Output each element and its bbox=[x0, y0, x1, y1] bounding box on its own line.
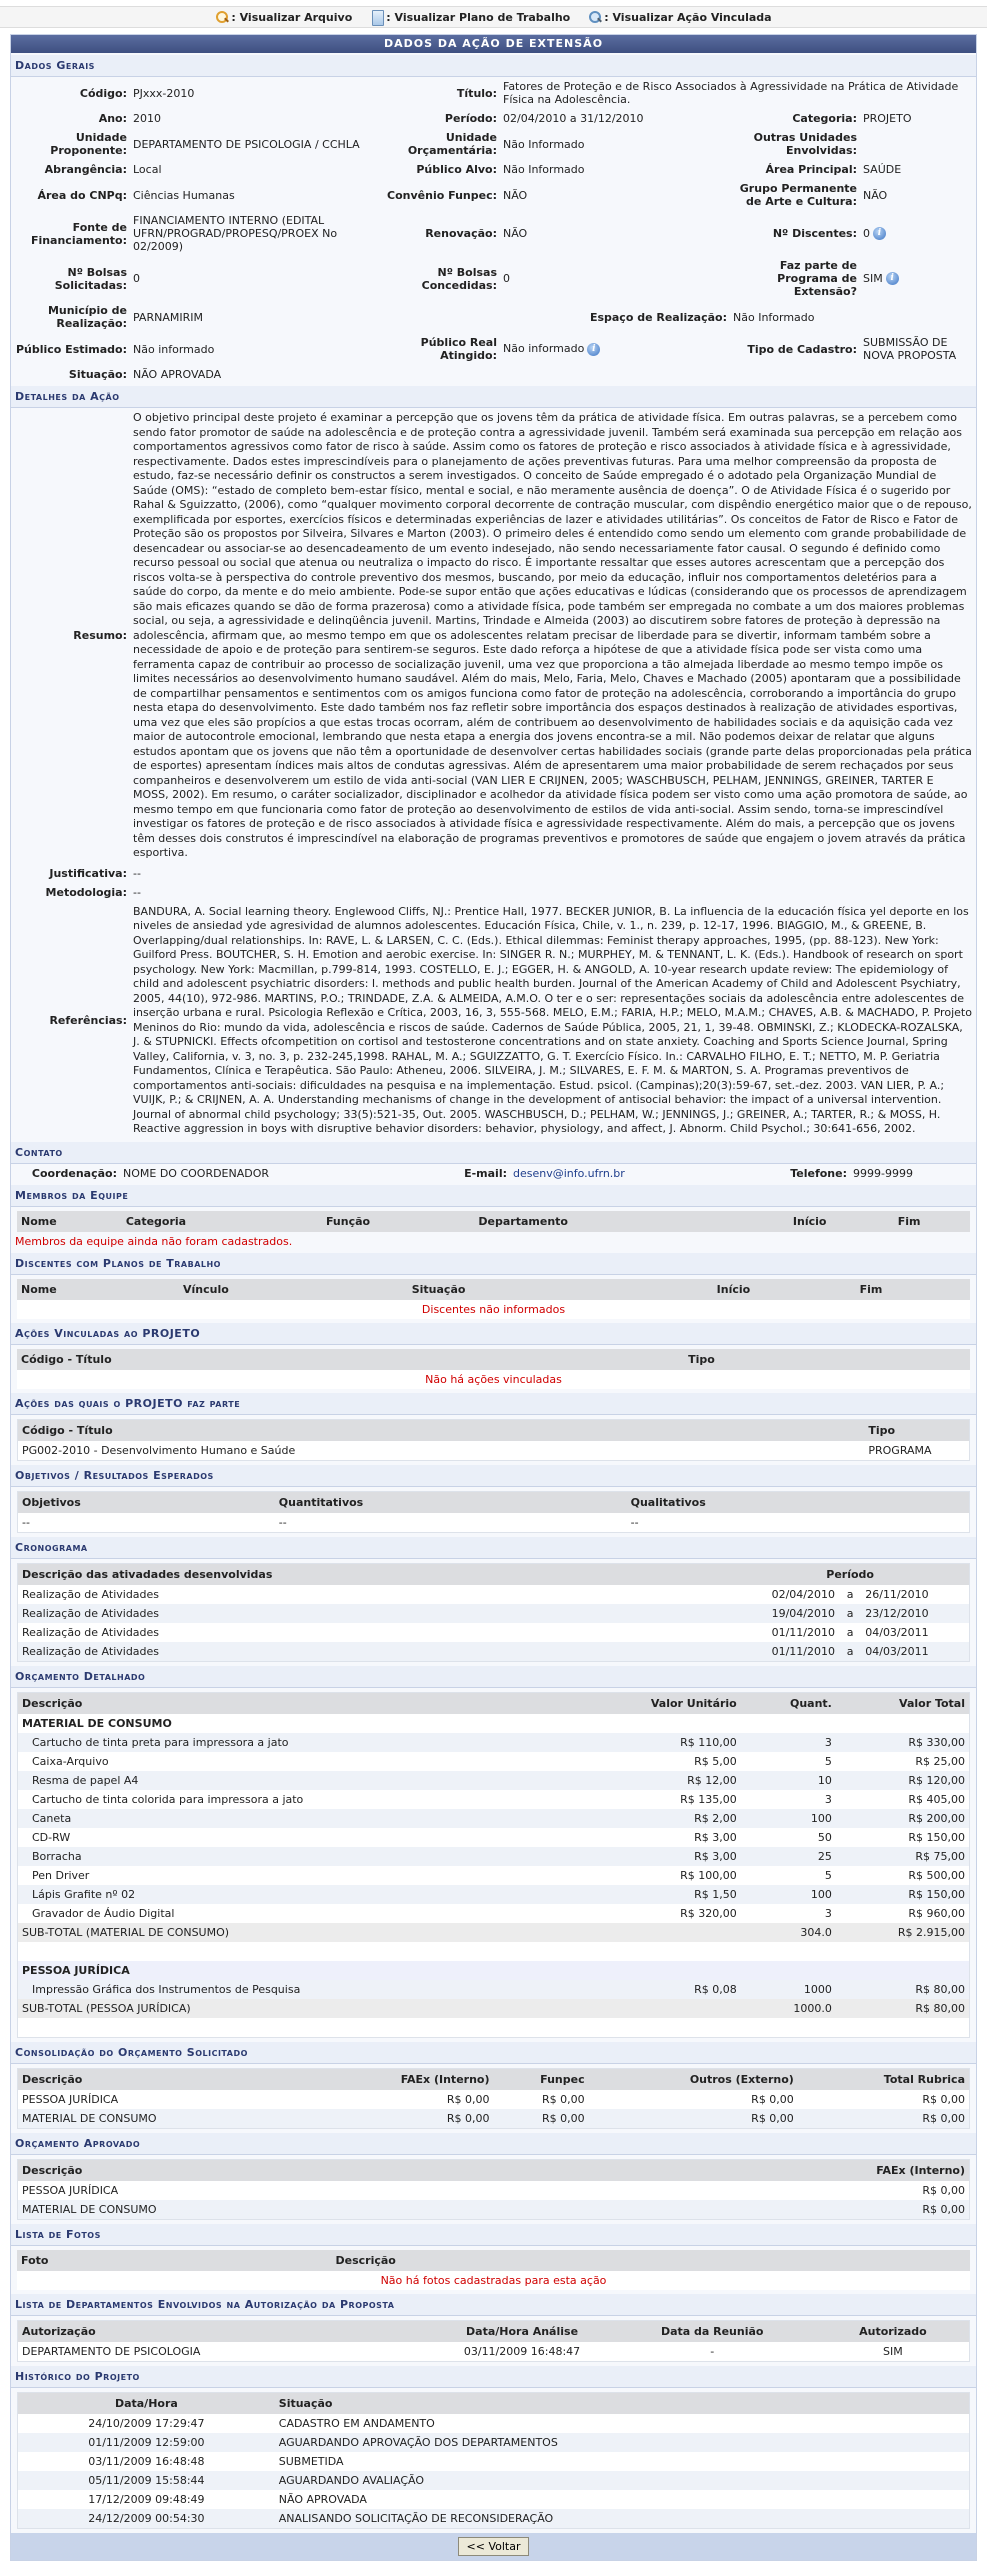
label-justificativa: Justificativa: bbox=[11, 864, 129, 883]
table-row: 24/12/2009 00:54:30ANALISANDO SOLICITAÇÃ… bbox=[18, 2509, 969, 2528]
table-row: 24/10/2009 17:29:47CADASTRO EM ANDAMENTO bbox=[18, 2414, 969, 2433]
cell-quantidade: 100 bbox=[741, 1885, 836, 1904]
cell-inicio: 02/04/2010 bbox=[731, 1585, 839, 1604]
cell-inicio: 01/11/2010 bbox=[731, 1642, 839, 1661]
cell-descricao: Realização de Atividades bbox=[18, 1585, 731, 1604]
value-area-cnpq: Ciências Humanas bbox=[129, 179, 369, 211]
contato-table: Coordenação: NOME DO COORDENADOR E-mail:… bbox=[11, 1164, 976, 1183]
section-acoes-vinculadas: Ações Vinculadas ao PROJETO bbox=[11, 1323, 976, 1345]
table-row: Impressão Gráfica dos Instrumentos de Pe… bbox=[18, 1980, 969, 1999]
spacer-row bbox=[18, 2018, 969, 2037]
info-icon[interactable]: i bbox=[873, 227, 886, 240]
col-nome: Nome bbox=[17, 1279, 179, 1300]
subtotal-valor: R$ 2.915,00 bbox=[836, 1923, 969, 1942]
col-data-reuniao: Data da Reunião bbox=[608, 2321, 817, 2342]
discentes-empty-message: Discentes não informados bbox=[17, 1300, 970, 1319]
col-quantitativos: Quantitativos bbox=[275, 1492, 627, 1513]
cell-autorizacao: DEPARTAMENTO DE PSICOLOGIA bbox=[18, 2342, 436, 2361]
icon-legend: : Visualizar Arquivo : Visualizar Plano … bbox=[0, 6, 987, 28]
email-link[interactable]: desenv@info.ufrn.br bbox=[513, 1167, 625, 1180]
col-data-hora: Data/Hora bbox=[18, 2393, 275, 2414]
cell-descricao: Gravador de Áudio Digital bbox=[18, 1904, 617, 1923]
cell-faex: R$ 0,00 bbox=[779, 2200, 969, 2219]
col-situacao: Situação bbox=[408, 1279, 713, 1300]
table-row: 03/11/2009 16:48:48SUBMETIDA bbox=[18, 2452, 969, 2471]
section-objetivos: Objetivos / Resultados Esperados bbox=[11, 1465, 976, 1487]
section-historico: Histórico do Projeto bbox=[11, 2366, 976, 2388]
col-qualitativos: Qualitativos bbox=[627, 1492, 969, 1513]
detalhes-table: Resumo: O objetivo principal deste proje… bbox=[11, 408, 976, 1140]
aprovado-listing: Descrição FAEx (Interno) PESSOA JURÍDICA… bbox=[17, 2159, 970, 2220]
col-fim: Fim bbox=[856, 1279, 970, 1300]
cell-outros: R$ 0,00 bbox=[589, 2090, 798, 2109]
col-vinculo: Vínculo bbox=[179, 1279, 408, 1300]
table-row: 01/11/2009 12:59:00AGUARDANDO APROVAÇÃO … bbox=[18, 2433, 969, 2452]
section-dados-gerais: Dados Gerais bbox=[11, 55, 976, 77]
label-grupo-permanente: Grupo Permanente de Arte e Cultura: bbox=[729, 179, 859, 211]
cell-data-hora: 24/12/2009 00:54:30 bbox=[18, 2509, 275, 2528]
cell-data-analise: 03/11/2009 16:48:47 bbox=[436, 2342, 607, 2361]
consolidacao-listing: Descrição FAEx (Interno) Funpec Outros (… bbox=[17, 2068, 970, 2129]
discentes-listing: Nome Vínculo Situação Início Fim Discent… bbox=[17, 1279, 970, 1319]
cell-descricao: Cartucho de tinta colorida para impresso… bbox=[18, 1790, 617, 1809]
label-programa-extensao: Faz parte de Programa de Extensão? bbox=[729, 256, 859, 301]
info-icon[interactable]: i bbox=[886, 272, 899, 285]
cell-data-reuniao: - bbox=[608, 2342, 817, 2361]
section-detalhes: Detalhes da Ação bbox=[11, 386, 976, 408]
programa-cell: SIMi bbox=[859, 256, 976, 301]
section-membros: Membros da Equipe bbox=[11, 1185, 976, 1207]
cell-quantidade: 1000 bbox=[741, 1980, 836, 1999]
col-descricao: Descrição bbox=[18, 2069, 256, 2090]
col-faex: FAEx (Interno) bbox=[256, 2069, 494, 2090]
cell-valor-unitario: R$ 1,50 bbox=[617, 1885, 741, 1904]
label-referencias: Referências: bbox=[11, 902, 129, 1140]
table-row: 17/12/2009 09:48:49NÃO APROVADA bbox=[18, 2490, 969, 2509]
cell-outros: R$ 0,00 bbox=[589, 2109, 798, 2128]
col-valor-unitario: Valor Unitário bbox=[617, 1693, 741, 1714]
table-row: PESSOA JURÍDICAR$ 0,00R$ 0,00R$ 0,00R$ 0… bbox=[18, 2090, 969, 2109]
spacer-cell bbox=[18, 1942, 969, 1961]
cell-quantidade: 5 bbox=[741, 1752, 836, 1771]
value-municipio: PARNAMIRIM bbox=[129, 301, 369, 333]
label-municipio: Município de Realização: bbox=[11, 301, 129, 333]
membros-listing: Nome Categoria Função Departamento Iníci… bbox=[17, 1211, 970, 1232]
value-abrangencia: Local bbox=[129, 160, 369, 179]
label-abrangencia: Abrangência: bbox=[11, 160, 129, 179]
col-funcao: Função bbox=[322, 1211, 474, 1232]
label-categoria: Categoria: bbox=[729, 109, 859, 128]
table-row: Cartucho de tinta preta para impressora … bbox=[18, 1733, 969, 1752]
publico-real-cell: Não informadoi bbox=[499, 333, 729, 365]
label-bolsas-solicitadas: Nº Bolsas Solicitadas: bbox=[11, 256, 129, 301]
cell-descricao: Realização de Atividades bbox=[18, 1604, 731, 1623]
value-convenio-funpec: NÃO bbox=[499, 179, 729, 211]
col-departamento: Departamento bbox=[474, 1211, 788, 1232]
cell-situacao: ANALISANDO SOLICITAÇÃO DE RECONSIDERAÇÃO bbox=[275, 2509, 969, 2528]
col-descricao: Descrição bbox=[18, 1693, 617, 1714]
label-publico-alvo: Público Alvo: bbox=[369, 160, 499, 179]
cell-valor-total: R$ 500,00 bbox=[836, 1866, 969, 1885]
fotos-table: Foto Descrição Não há fotos cadastradas … bbox=[17, 2250, 970, 2290]
cell-descricao: Impressão Gráfica dos Instrumentos de Pe… bbox=[18, 1980, 617, 1999]
col-situacao: Situação bbox=[275, 2393, 969, 2414]
table-row: PG002-2010 - Desenvolvimento Humano e Sa… bbox=[18, 1441, 969, 1460]
cell-quantidade: 3 bbox=[741, 1904, 836, 1923]
table-row: MATERIAL DE CONSUMOR$ 0,00R$ 0,00R$ 0,00… bbox=[18, 2109, 969, 2128]
cell-valor-unitario: R$ 135,00 bbox=[617, 1790, 741, 1809]
label-periodo: Período: bbox=[369, 109, 499, 128]
col-faex: FAEx (Interno) bbox=[779, 2160, 969, 2181]
cell-separador: a bbox=[839, 1604, 861, 1623]
col-codigo-titulo: Código - Título bbox=[17, 1349, 684, 1370]
cell-valor-total: R$ 150,00 bbox=[836, 1885, 969, 1904]
label-ano: Ano: bbox=[11, 109, 129, 128]
col-outros: Outros (Externo) bbox=[589, 2069, 798, 2090]
value-categoria: PROJETO bbox=[859, 109, 976, 128]
section-fotos: Lista de Fotos bbox=[11, 2224, 976, 2246]
section-discentes: Discentes com Planos de Trabalho bbox=[11, 1253, 976, 1275]
membros-empty-message: Membros da equipe ainda não foram cadast… bbox=[11, 1232, 976, 1251]
label-discentes: Nº Discentes: bbox=[729, 211, 859, 256]
magnifier-blue-icon bbox=[588, 10, 602, 24]
cell-funpec: R$ 0,00 bbox=[494, 2090, 589, 2109]
discentes-table: Nome Vínculo Situação Início Fim Discent… bbox=[17, 1279, 970, 1319]
table-row: -- -- -- bbox=[18, 1513, 969, 1532]
cell-descricao: PESSOA JURÍDICA bbox=[18, 2181, 779, 2200]
value-area-principal: SAÚDE bbox=[859, 160, 976, 179]
value-bolsas-solicitadas: 0 bbox=[129, 256, 369, 301]
cell-valor-unitario: R$ 2,00 bbox=[617, 1809, 741, 1828]
value-espaco-realizacao: Não Informado bbox=[729, 301, 976, 333]
col-fim: Fim bbox=[894, 1211, 970, 1232]
cell-faex: R$ 0,00 bbox=[256, 2090, 494, 2109]
label-resumo: Resumo: bbox=[11, 408, 129, 864]
cell-descricao: Borracha bbox=[18, 1847, 617, 1866]
cell-quantidade: 100 bbox=[741, 1809, 836, 1828]
historico-listing: Data/Hora Situação 24/10/2009 17:29:47CA… bbox=[17, 2392, 970, 2529]
budget-group-row: PESSOA JURÍDICA bbox=[18, 1961, 969, 1980]
form-footer: << Voltar bbox=[11, 2533, 976, 2560]
value-unidade-proponente: DEPARTAMENTO DE PSICOLOGIA / CCHLA bbox=[129, 128, 369, 160]
cell-qualitativos: -- bbox=[627, 1513, 969, 1532]
section-cronograma: Cronograma bbox=[11, 1537, 976, 1559]
label-bolsas-concedidas: Nº Bolsas Concedidas: bbox=[369, 256, 499, 301]
table-row: Lápis Grafite nº 02R$ 1,50100R$ 150,00 bbox=[18, 1885, 969, 1904]
cell-quantidade: 3 bbox=[741, 1790, 836, 1809]
cronograma-listing: Descrição das ativadades desenvolvidas P… bbox=[17, 1563, 970, 1662]
value-justificativa: -- bbox=[129, 864, 976, 883]
cell-valor-unitario: R$ 100,00 bbox=[617, 1866, 741, 1885]
col-valor-total: Valor Total bbox=[836, 1693, 969, 1714]
legend-label: : Visualizar Plano de Trabalho bbox=[386, 11, 570, 24]
cell-descricao: CD-RW bbox=[18, 1828, 617, 1847]
table-row: PESSOA JURÍDICAR$ 0,00 bbox=[18, 2181, 969, 2200]
subtotal-quantidade: 1000.0 bbox=[741, 1999, 836, 2018]
cell-valor-total: R$ 80,00 bbox=[836, 1980, 969, 1999]
label-situacao: Situação: bbox=[11, 365, 129, 384]
subtotal-row: SUB-TOTAL (MATERIAL DE CONSUMO)304.0R$ 2… bbox=[18, 1923, 969, 1942]
table-row: MATERIAL DE CONSUMOR$ 0,00 bbox=[18, 2200, 969, 2219]
cell-quantidade: 25 bbox=[741, 1847, 836, 1866]
cell-faex: R$ 0,00 bbox=[256, 2109, 494, 2128]
cell-valor-unitario: R$ 3,00 bbox=[617, 1828, 741, 1847]
acoes-parte-table: Código - Título Tipo PG002-2010 - Desenv… bbox=[18, 1420, 969, 1460]
historico-table: Data/Hora Situação 24/10/2009 17:29:47CA… bbox=[18, 2393, 969, 2528]
cell-valor-total: R$ 200,00 bbox=[836, 1809, 969, 1828]
table-row: Gravador de Áudio DigitalR$ 320,003R$ 96… bbox=[18, 1904, 969, 1923]
value-codigo: PJxxx-2010 bbox=[129, 77, 369, 109]
cell-descricao: Caixa-Arquivo bbox=[18, 1752, 617, 1771]
cell-data-hora: 17/12/2009 09:48:49 bbox=[18, 2490, 275, 2509]
cell-situacao: AGUARDANDO AVALIAÇÃO bbox=[275, 2471, 969, 2490]
col-tipo: Tipo bbox=[684, 1349, 970, 1370]
table-row: Realização de Atividades01/11/2010a04/03… bbox=[18, 1642, 969, 1661]
label-coordenacao: Coordenação: bbox=[11, 1164, 119, 1183]
cell-valor-unitario: R$ 12,00 bbox=[617, 1771, 741, 1790]
spacer-row bbox=[18, 1942, 969, 1961]
subtotal-empty bbox=[617, 1923, 741, 1942]
cell-situacao: NÃO APROVADA bbox=[275, 2490, 969, 2509]
table-row: Realização de Atividades01/11/2010a04/03… bbox=[18, 1623, 969, 1642]
col-descricao: Descrição bbox=[18, 2160, 779, 2181]
orcamento-table: Descrição Valor Unitário Quant. Valor To… bbox=[18, 1693, 969, 2037]
subtotal-empty bbox=[617, 1999, 741, 2018]
value-fonte-financiamento: FINANCIAMENTO INTERNO (EDITAL UFRN/PROGR… bbox=[129, 211, 369, 256]
section-orcamento: Orçamento Detalhado bbox=[11, 1666, 976, 1688]
dados-gerais-table: Código: PJxxx-2010 Título: Fatores de Pr… bbox=[11, 77, 976, 384]
value-ano: 2010 bbox=[129, 109, 369, 128]
aprovado-table: Descrição FAEx (Interno) PESSOA JURÍDICA… bbox=[18, 2160, 969, 2219]
legend-label: : Visualizar Ação Vinculada bbox=[604, 11, 771, 24]
value-grupo-permanente: NÃO bbox=[859, 179, 976, 211]
label-telefone: Telefone: bbox=[769, 1164, 849, 1183]
cell-autorizado: SIM bbox=[817, 2342, 969, 2361]
section-contato: Contato bbox=[11, 1142, 976, 1164]
value-bolsas-concedidas: 0 bbox=[499, 256, 729, 301]
cell-data-hora: 03/11/2009 16:48:48 bbox=[18, 2452, 275, 2471]
objetivos-listing: Objetivos Quantitativos Qualitativos -- … bbox=[17, 1491, 970, 1533]
cell-separador: a bbox=[839, 1623, 861, 1642]
objetivos-table: Objetivos Quantitativos Qualitativos -- … bbox=[18, 1492, 969, 1532]
voltar-button[interactable]: << Voltar bbox=[458, 2537, 530, 2556]
cell-quantidade: 10 bbox=[741, 1771, 836, 1790]
fotos-empty-message: Não há fotos cadastradas para esta ação bbox=[17, 2271, 970, 2290]
legend-visualizar-arquivo: : Visualizar Arquivo bbox=[215, 10, 352, 24]
col-nome: Nome bbox=[17, 1211, 122, 1232]
table-row: Caixa-ArquivoR$ 5,005R$ 25,00 bbox=[18, 1752, 969, 1771]
value-metodologia: -- bbox=[129, 883, 976, 902]
cell-valor-total: R$ 405,00 bbox=[836, 1790, 969, 1809]
cell-separador: a bbox=[839, 1642, 861, 1661]
subtotal-valor: R$ 80,00 bbox=[836, 1999, 969, 2018]
acoes-vinculadas-empty-message: Não há ações vinculadas bbox=[17, 1370, 970, 1389]
label-renovacao: Renovação: bbox=[369, 211, 499, 256]
label-area-principal: Área Principal: bbox=[729, 160, 859, 179]
cell-situacao: AGUARDANDO APROVAÇÃO DOS DEPARTAMENTOS bbox=[275, 2433, 969, 2452]
cell-valor-total: R$ 75,00 bbox=[836, 1847, 969, 1866]
cell-total-rubrica: R$ 0,00 bbox=[798, 2090, 969, 2109]
cell-valor-unitario: R$ 5,00 bbox=[617, 1752, 741, 1771]
cell-fim: 26/11/2010 bbox=[861, 1585, 969, 1604]
cell-quantidade: 3 bbox=[741, 1733, 836, 1752]
table-row: Resma de papel A4R$ 12,0010R$ 120,00 bbox=[18, 1771, 969, 1790]
label-publico-real: Público Real Atingido: bbox=[369, 333, 499, 365]
budget-group-row: MATERIAL DE CONSUMO bbox=[18, 1714, 969, 1733]
cell-data-hora: 24/10/2009 17:29:47 bbox=[18, 2414, 275, 2433]
cell-valor-total: R$ 960,00 bbox=[836, 1904, 969, 1923]
col-descricao: Descrição bbox=[331, 2250, 970, 2271]
budget-group-name: PESSOA JURÍDICA bbox=[18, 1961, 969, 1980]
value-telefone: 9999-9999 bbox=[849, 1164, 976, 1183]
section-consolidacao: Consolidação do Orçamento Solicitado bbox=[11, 2042, 976, 2064]
cell-descricao: Realização de Atividades bbox=[18, 1623, 731, 1642]
cell-quantidade: 50 bbox=[741, 1828, 836, 1847]
value-publico-alvo: Não Informado bbox=[499, 160, 729, 179]
cell-descricao: Pen Driver bbox=[18, 1866, 617, 1885]
budget-group-name: MATERIAL DE CONSUMO bbox=[18, 1714, 969, 1733]
value-programa-extensao: SIM bbox=[863, 272, 883, 285]
legend-visualizar-acao: : Visualizar Ação Vinculada bbox=[588, 10, 771, 24]
subtotal-label: SUB-TOTAL (MATERIAL DE CONSUMO) bbox=[18, 1923, 617, 1942]
acoes-parte-listing: Código - Título Tipo PG002-2010 - Desenv… bbox=[17, 1419, 970, 1461]
cell-tipo: PROGRAMA bbox=[864, 1441, 969, 1460]
cell-valor-unitario: R$ 3,00 bbox=[617, 1847, 741, 1866]
cell-inicio: 19/04/2010 bbox=[731, 1604, 839, 1623]
col-descricao: Descrição das ativadades desenvolvidas bbox=[18, 1564, 731, 1585]
value-titulo: Fatores de Proteção e de Risco Associado… bbox=[499, 77, 976, 109]
value-renovacao: NÃO bbox=[499, 211, 729, 256]
cell-faex: R$ 0,00 bbox=[779, 2181, 969, 2200]
label-metodologia: Metodologia: bbox=[11, 883, 129, 902]
value-unidade-orcamentaria: Não Informado bbox=[499, 128, 729, 160]
cell-situacao: CADASTRO EM ANDAMENTO bbox=[275, 2414, 969, 2433]
table-row: Pen DriverR$ 100,005R$ 500,00 bbox=[18, 1866, 969, 1885]
col-categoria: Categoria bbox=[122, 1211, 322, 1232]
section-orcamento-aprovado: Orçamento Aprovado bbox=[11, 2133, 976, 2155]
magnifier-orange-icon bbox=[215, 10, 229, 24]
cell-descricao: Realização de Atividades bbox=[18, 1642, 731, 1661]
cell-valor-unitario: R$ 0,08 bbox=[617, 1980, 741, 1999]
cell-situacao: SUBMETIDA bbox=[275, 2452, 969, 2471]
cell-inicio: 01/11/2010 bbox=[731, 1623, 839, 1642]
col-funpec: Funpec bbox=[494, 2069, 589, 2090]
label-fonte-financiamento: Fonte de Financiamento: bbox=[11, 211, 129, 256]
table-row: Realização de Atividades02/04/2010a26/11… bbox=[18, 1585, 969, 1604]
col-codigo-titulo: Código - Título bbox=[18, 1420, 864, 1441]
col-inicio: Início bbox=[789, 1211, 894, 1232]
label-email: E-mail: bbox=[449, 1164, 509, 1183]
acao-extensao-panel: DADOS DA AÇÃO DE EXTENSÃO Dados Gerais C… bbox=[10, 34, 977, 2561]
cell-quantitativos: -- bbox=[275, 1513, 627, 1532]
cell-data-hora: 01/11/2009 12:59:00 bbox=[18, 2433, 275, 2452]
spacer-cell bbox=[18, 2018, 969, 2037]
label-titulo: Título: bbox=[369, 77, 499, 109]
cell-valor-total: R$ 25,00 bbox=[836, 1752, 969, 1771]
legend-visualizar-plano: : Visualizar Plano de Trabalho bbox=[370, 10, 570, 24]
table-row: BorrachaR$ 3,0025R$ 75,00 bbox=[18, 1847, 969, 1866]
label-unidade-orcamentaria: Unidade Orçamentária: bbox=[369, 128, 499, 160]
cell-codigo-titulo: PG002-2010 - Desenvolvimento Humano e Sa… bbox=[18, 1441, 864, 1460]
cell-descricao: Lápis Grafite nº 02 bbox=[18, 1885, 617, 1904]
acoes-vinculadas-listing: Código - Título Tipo Não há ações vincul… bbox=[17, 1349, 970, 1389]
membros-table: Nome Categoria Função Departamento Iníci… bbox=[17, 1211, 970, 1232]
cell-objetivos: -- bbox=[18, 1513, 275, 1532]
orcamento-listing: Descrição Valor Unitário Quant. Valor To… bbox=[17, 1692, 970, 2038]
label-unidade-proponente: Unidade Proponente: bbox=[11, 128, 129, 160]
cell-descricao: MATERIAL DE CONSUMO bbox=[18, 2200, 779, 2219]
label-espaco-realizacao: Espaço de Realização: bbox=[369, 301, 729, 333]
cell-separador: a bbox=[839, 1585, 861, 1604]
col-autorizacao: Autorização bbox=[18, 2321, 436, 2342]
cell-valor-total: R$ 120,00 bbox=[836, 1771, 969, 1790]
discentes-cell: 0i bbox=[859, 211, 976, 256]
value-resumo: O objetivo principal deste projeto é exa… bbox=[129, 408, 976, 864]
cell-valor-total: R$ 150,00 bbox=[836, 1828, 969, 1847]
table-row: DEPARTAMENTO DE PSICOLOGIA 03/11/2009 16… bbox=[18, 2342, 969, 2361]
value-publico-estimado: Não informado bbox=[129, 333, 369, 365]
subtotal-label: SUB-TOTAL (PESSOA JURÍDICA) bbox=[18, 1999, 617, 2018]
cell-descricao: MATERIAL DE CONSUMO bbox=[18, 2109, 256, 2128]
cell-data-hora: 05/11/2009 15:58:44 bbox=[18, 2471, 275, 2490]
col-periodo: Período bbox=[731, 1564, 969, 1585]
label-outras-unidades: Outras Unidades Envolvidas: bbox=[729, 128, 859, 160]
consolidacao-table: Descrição FAEx (Interno) Funpec Outros (… bbox=[18, 2069, 969, 2128]
label-tipo-cadastro: Tipo de Cadastro: bbox=[729, 333, 859, 365]
cell-descricao: Caneta bbox=[18, 1809, 617, 1828]
panel-caption: DADOS DA AÇÃO DE EXTENSÃO bbox=[11, 35, 976, 53]
label-codigo: Código: bbox=[11, 77, 129, 109]
col-foto: Foto bbox=[17, 2250, 331, 2271]
departamentos-table: Autorização Data/Hora Análise Data da Re… bbox=[18, 2321, 969, 2361]
value-situacao: NÃO APROVADA bbox=[129, 365, 976, 384]
col-quantidade: Quant. bbox=[741, 1693, 836, 1714]
cell-descricao: Cartucho de tinta preta para impressora … bbox=[18, 1733, 617, 1752]
value-coordenacao: NOME DO COORDENADOR bbox=[119, 1164, 449, 1183]
col-tipo: Tipo bbox=[864, 1420, 969, 1441]
value-discentes: 0 bbox=[863, 227, 870, 240]
label-publico-estimado: Público Estimado: bbox=[11, 333, 129, 365]
col-objetivos: Objetivos bbox=[18, 1492, 275, 1513]
cell-quantidade: 5 bbox=[741, 1866, 836, 1885]
table-row: CD-RWR$ 3,0050R$ 150,00 bbox=[18, 1828, 969, 1847]
label-area-cnpq: Área do CNPq: bbox=[11, 179, 129, 211]
cronograma-table: Descrição das ativadades desenvolvidas P… bbox=[18, 1564, 969, 1661]
section-departamentos: Lista de Departamentos Envolvidos na Aut… bbox=[11, 2294, 976, 2316]
cell-fim: 04/03/2011 bbox=[861, 1642, 969, 1661]
label-convenio-funpec: Convênio Funpec: bbox=[369, 179, 499, 211]
subtotal-row: SUB-TOTAL (PESSOA JURÍDICA)1000.0R$ 80,0… bbox=[18, 1999, 969, 2018]
cell-funpec: R$ 0,00 bbox=[494, 2109, 589, 2128]
cell-fim: 04/03/2011 bbox=[861, 1623, 969, 1642]
departamentos-listing: Autorização Data/Hora Análise Data da Re… bbox=[17, 2320, 970, 2362]
table-row: CanetaR$ 2,00100R$ 200,00 bbox=[18, 1809, 969, 1828]
cell-total-rubrica: R$ 0,00 bbox=[798, 2109, 969, 2128]
col-inicio: Início bbox=[713, 1279, 856, 1300]
cell-descricao: PESSOA JURÍDICA bbox=[18, 2090, 256, 2109]
value-publico-real: Não informado bbox=[503, 342, 584, 355]
col-data-analise: Data/Hora Análise bbox=[436, 2321, 607, 2342]
table-row: Realização de Atividades19/04/2010a23/12… bbox=[18, 1604, 969, 1623]
cell-fim: 23/12/2010 bbox=[861, 1604, 969, 1623]
value-outras-unidades bbox=[859, 128, 976, 160]
info-icon[interactable]: i bbox=[587, 343, 600, 356]
cell-valor-unitario: R$ 110,00 bbox=[617, 1733, 741, 1752]
subtotal-quantidade: 304.0 bbox=[741, 1923, 836, 1942]
table-row: 05/11/2009 15:58:44AGUARDANDO AVALIAÇÃO bbox=[18, 2471, 969, 2490]
legend-label: : Visualizar Arquivo bbox=[231, 11, 352, 24]
fotos-listing: Foto Descrição Não há fotos cadastradas … bbox=[17, 2250, 970, 2290]
